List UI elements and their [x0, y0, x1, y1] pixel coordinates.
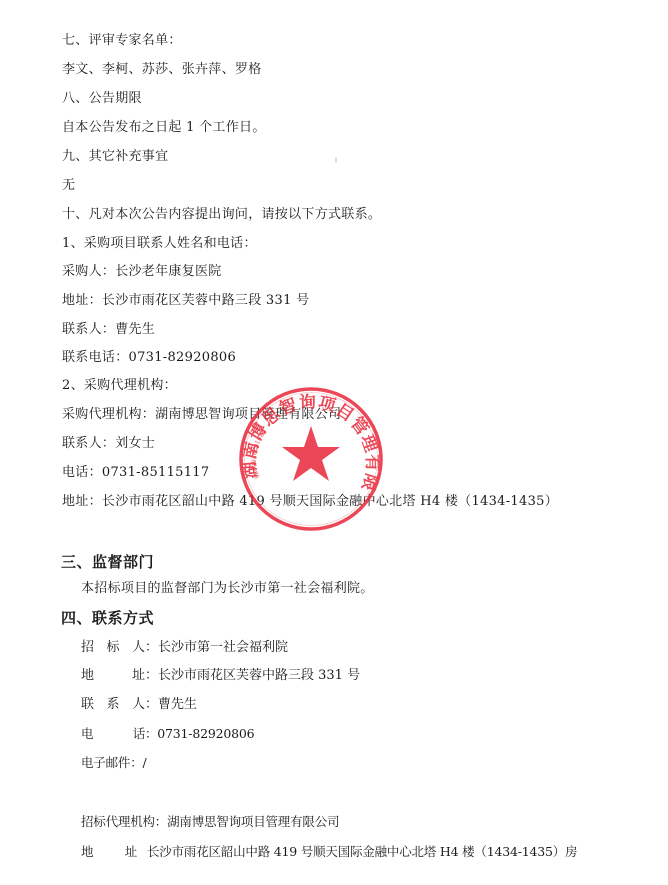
agency-address-label: 地 址: [81, 843, 137, 861]
agency-address-row: 地 址 长沙市雨花区韶山中路 419 号顺天国际金融中心北塔 H4 楼（1434…: [81, 843, 577, 861]
section-nine-title: 九、其它补充事宜: [62, 148, 168, 166]
tenderer-label: 招 标 人: [81, 639, 145, 657]
phone-value: ：0731-82920806: [145, 725, 254, 743]
phone-row: 电 话 ：0731-82920806: [81, 725, 254, 743]
purchaser-name: 采购人：长沙老年康复医院: [62, 263, 222, 281]
agency-phone: 电话：0731-85115117: [62, 464, 209, 482]
section-eight-title: 八、公告期限: [62, 90, 142, 108]
address-label: 地 址: [81, 667, 145, 685]
purchaser-phone: 联系电话：0731-82920806: [62, 349, 236, 367]
supervision-title: 三、监督部门: [61, 552, 154, 572]
contact-person-label: 联 系 人: [81, 696, 145, 714]
tenderer-value: ：长沙市第一社会福利院: [145, 639, 288, 657]
purchaser-contact: 联系人：曹先生: [62, 321, 155, 339]
address-row: 地 址 ：长沙市雨花区芙蓉中路三段 331 号: [81, 667, 360, 685]
agency-contact: 联系人：刘女士: [62, 435, 155, 453]
section-seven-title: 七、评审专家名单：: [62, 32, 182, 50]
contact-person-value: ：曹先生: [145, 696, 197, 714]
agency-heading: 2、采购代理机构：: [62, 377, 177, 395]
email-row: 电子邮件：/: [81, 754, 147, 772]
agency-name: 采购代理机构：湖南博思智询项目管理有限公司: [62, 406, 341, 424]
svg-text:湖南博思智询项目管理有限公司: 湖南博思智询项目管理有限公司: [236, 384, 383, 494]
expert-list: 李文、李柯、苏莎、张卉萍、罗格: [62, 61, 262, 79]
supervision-body: 本招标项目的监督部门为长沙市第一社会福利院。: [81, 580, 374, 598]
agency-address: 地址：长沙市雨花区韶山中路 419 号顺天国际金融中心北塔 H4 楼（1434-…: [62, 493, 558, 511]
contact-person-row: 联 系 人 ：曹先生: [81, 696, 197, 714]
address-value: ：长沙市雨花区芙蓉中路三段 331 号: [145, 667, 360, 685]
svg-text:4301020266086: 4301020266086: [250, 428, 267, 481]
section-ten-title: 十、凡对本次公告内容提出询问，请按以下方式联系。: [62, 206, 381, 224]
agency-address-value: 长沙市雨花区韶山中路 419 号顺天国际金融中心北塔 H4 楼（1434-143…: [147, 843, 577, 861]
tenderer-row: 招 标 人 ：长沙市第一社会福利院: [81, 639, 288, 657]
tender-agency: 招标代理机构：湖南博思智询项目管理有限公司: [81, 813, 339, 831]
phone-label: 电 话: [81, 725, 145, 743]
announcement-period: 自本公告发布之日起 1 个工作日。: [62, 119, 266, 137]
purchaser-heading: 1、采购项目联系人姓名和电话：: [62, 235, 257, 253]
purchaser-address: 地址：长沙市雨花区芙蓉中路三段 331 号: [62, 292, 309, 310]
contact-title: 四、联系方式: [61, 608, 154, 628]
supplementary-matters: 无: [62, 177, 75, 195]
scan-speck: [335, 157, 337, 163]
